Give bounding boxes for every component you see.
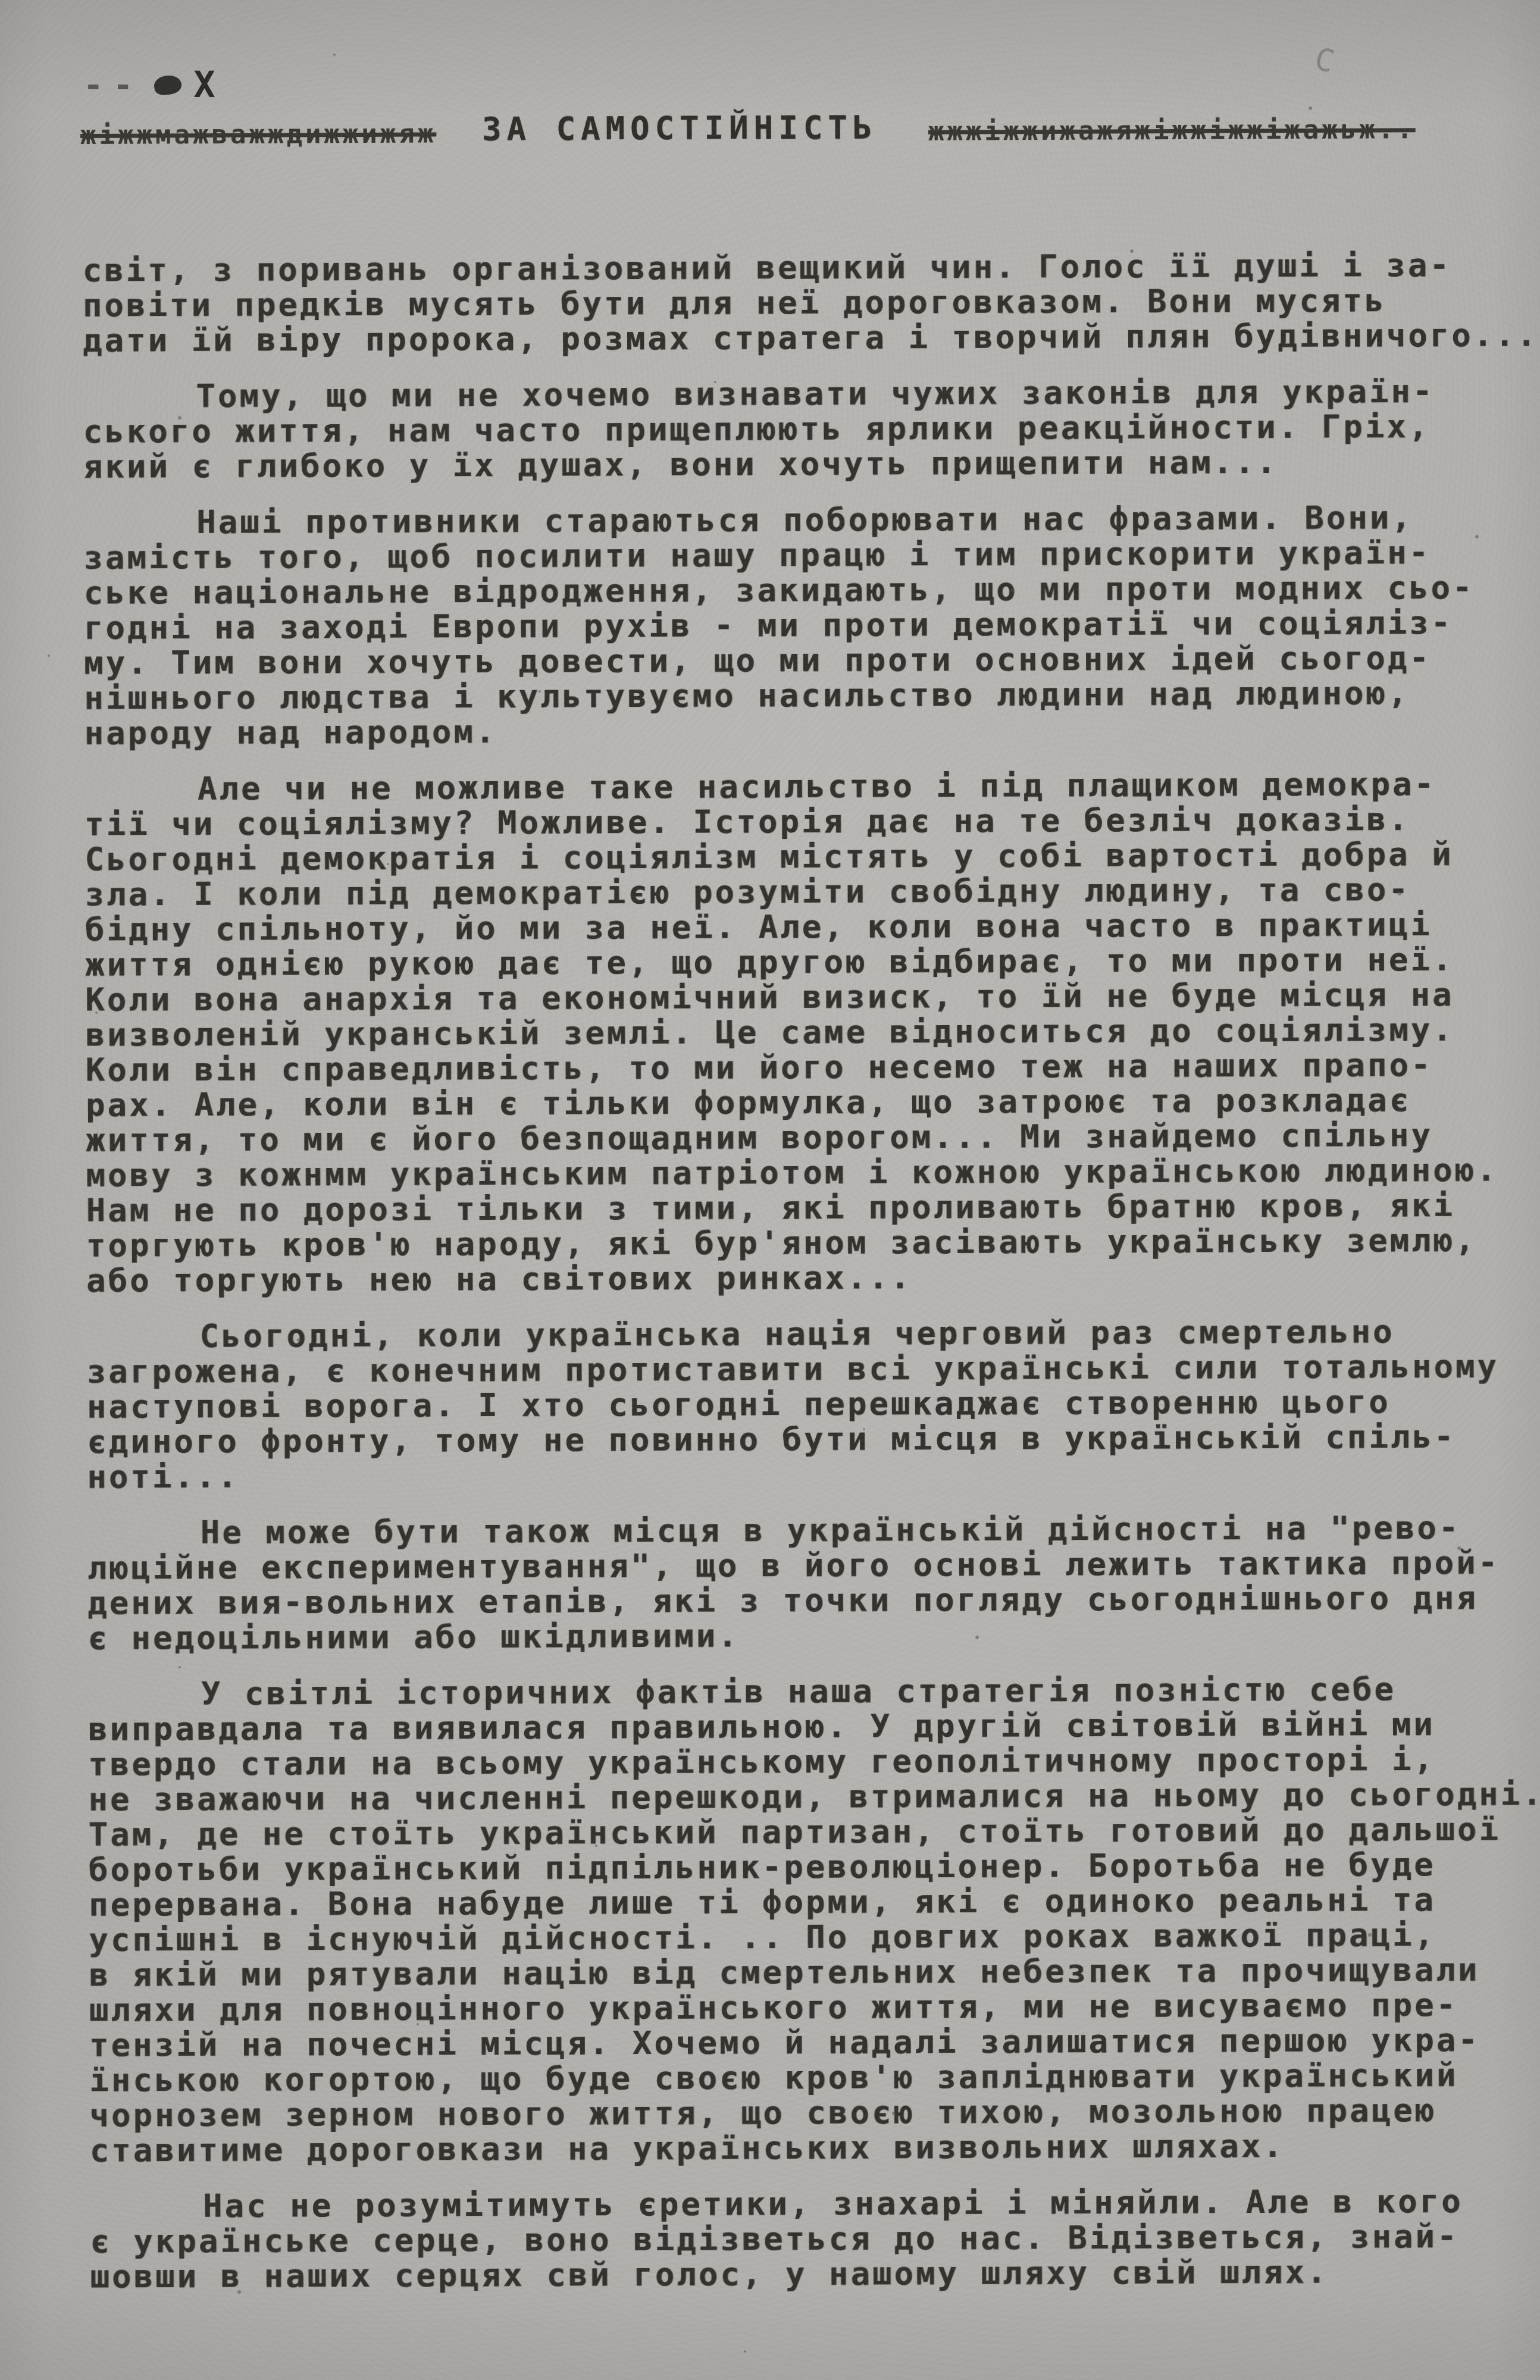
text-line: є недоцільними або шкідливими.: [87, 1615, 1504, 1655]
x-mark: X: [193, 64, 215, 106]
text-line: або торгують нею на світових ринках...: [86, 1257, 1503, 1298]
struck-text-left: жіжжмажважждижжижяж: [80, 118, 437, 151]
page-title: ЗА САМОСТІЙНІСТЬ: [482, 108, 877, 148]
text-line: дати їй віру пророка, розмах стратега і …: [83, 317, 1499, 358]
struck-text-right: жжжіжжижажяжіжжіжжіжажьж..: [928, 114, 1416, 147]
paragraph: Але чи не можливе таке насильство і під …: [84, 766, 1503, 1298]
text-line: єдиного фронту, тому не повинно бути міс…: [87, 1418, 1503, 1459]
text-line: торгують кров'ю народу, які бур'яном зас…: [86, 1222, 1503, 1263]
text-line: нішнього людства і культувуємо насильств…: [84, 675, 1500, 715]
paragraph: У світлі історичних фактів наша стратегі…: [88, 1671, 1506, 2168]
text-line: ноті...: [87, 1454, 1503, 1494]
ink-blot-icon: [153, 74, 183, 96]
masthead: жіжжмажважждижжижяж ЗА САМОСТІЙНІСТЬ жжж…: [0, 105, 1540, 159]
text-line: який є глибоко у їх душах, вони хочуть п…: [83, 443, 1500, 484]
struck-page-number: --: [83, 66, 142, 105]
text-line: народу над народом.: [84, 710, 1500, 750]
text-line: шовши в наших серцях свй голос, у нашому…: [90, 2253, 1506, 2294]
paragraph: світ, з поривань організований вещикий ч…: [82, 247, 1499, 358]
text-line: дених вия-вольних етапів, які з точки по…: [87, 1580, 1504, 1620]
document-body: світ, з поривань організований вещикий ч…: [82, 247, 1506, 2294]
paragraph: Не може бути також місця в українській д…: [87, 1510, 1504, 1655]
scanned-typewritten-page: -- X C жіжжмажважждижжижяж ЗА САМОСТІЙНІ…: [0, 0, 1540, 2380]
paragraph: Нас не розумітимуть єретики, знахарі і м…: [90, 2183, 1507, 2294]
paragraph: Сьогодні, коли українська нація черговий…: [86, 1313, 1503, 1494]
stray-pen-mark: C: [1311, 41, 1338, 80]
text-line: чорнозем зерном нового життя, що своєю т…: [89, 2092, 1505, 2132]
paper-specks: [0, 0, 2, 2]
text-line: ставитиме дороговкази на українських виз…: [90, 2127, 1506, 2168]
paragraph: Тому, що ми не хочемо визнавати чужих за…: [83, 373, 1500, 484]
page-corner-mark: -- X: [83, 64, 215, 106]
paragraph: Наші противники стараються поборювати на…: [83, 499, 1501, 750]
text-line: ського життя, нам часто прищеплюють ярли…: [83, 408, 1499, 449]
